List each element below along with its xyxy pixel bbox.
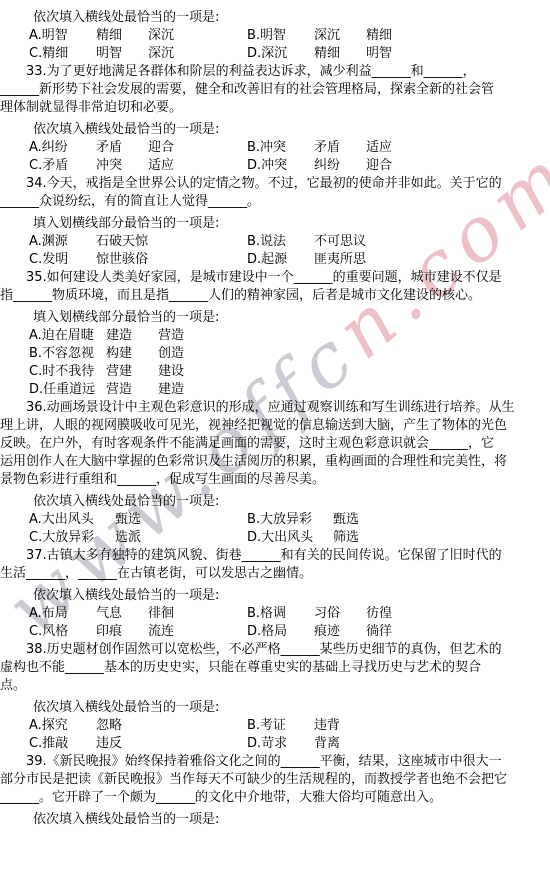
document-body: 依次填入横线处最恰当的一项是: A.明智精细深沉B.明智深沉精细 C.精细明智深… bbox=[0, 0, 550, 829]
question-36-line: 运用创作人在大脑中掌握的色彩常识及生活阅历的积累，重构画面的合理性和完美性，将 bbox=[0, 453, 550, 471]
option-token: 营造 bbox=[106, 381, 158, 399]
q34-options-row-ab: A.渊源石破天惊B.说法不可思议 bbox=[0, 233, 550, 251]
option-item-c: C.风格印痕流连 bbox=[29, 623, 247, 641]
option-token: C.发明 bbox=[29, 251, 96, 269]
option-item-d: D.格局痕迹徜徉 bbox=[247, 624, 392, 639]
option-item-d: D.苛求背离 bbox=[247, 736, 340, 751]
q37-options-row-cd: C.风格印痕流连D.格局痕迹徜徉 bbox=[0, 623, 550, 641]
option-token: D.任重道远 bbox=[29, 381, 106, 399]
question-39-line: ______。它开辟了一个颇为______的文化中介地带，大雅大俗均可随意出入。 bbox=[0, 789, 550, 807]
question-38-line: 38.历史题材创作固然可以宽松些，不必严格______某些历史细节的真伪，但艺术… bbox=[0, 641, 550, 659]
option-item-c: C.发明惊世骇俗 bbox=[29, 251, 247, 269]
option-token: 印痕 bbox=[96, 623, 148, 641]
answer-prompt: 依次填入横线处最恰当的一项是: bbox=[0, 699, 550, 717]
option-token: A.纠纷 bbox=[29, 139, 96, 157]
question-39-line: 39.《新民晚报》始终保持着雅俗文化之间的______平衡，结果，这座城市中很大… bbox=[0, 753, 550, 771]
option-token: A.渊源 bbox=[29, 233, 96, 251]
option-token: B.格调 bbox=[247, 605, 314, 623]
q36-options-row-cd: C.大放异彩选派D.大出风头筛选 bbox=[0, 529, 550, 547]
option-token: 匪夷所思 bbox=[314, 251, 366, 269]
option-token: 忽略 bbox=[96, 717, 122, 735]
option-token: 流连 bbox=[148, 623, 174, 641]
option-item-a: A.探究忽略 bbox=[29, 717, 247, 735]
option-token: 甄选 bbox=[115, 511, 141, 529]
answer-prompt: 填入划横线部分最恰当的一项是: bbox=[0, 309, 550, 327]
option-item-d: D.深沉精细明智 bbox=[247, 46, 392, 61]
option-item-b: B.考证违背 bbox=[247, 718, 340, 733]
option-item-b: B.格调习俗彷徨 bbox=[247, 606, 392, 621]
q32-options-row-ab: A.明智精细深沉B.明智深沉精细 bbox=[0, 27, 550, 45]
option-token: 建造 bbox=[158, 381, 184, 399]
option-token: B.考证 bbox=[247, 717, 314, 735]
question-34-line: 34.今天，戒指是全世界公认的定情之物。不过，它最初的使命并非如此。关于它的 bbox=[0, 175, 550, 193]
option-item-d: D.大出风头筛选 bbox=[247, 530, 359, 545]
q35-option-a: A.迫在眉睫建造营造 bbox=[0, 327, 550, 345]
option-token: D.苛求 bbox=[247, 735, 314, 753]
option-token: 深沉 bbox=[148, 45, 174, 63]
option-token: 营造 bbox=[158, 327, 184, 345]
option-token: B.说法 bbox=[247, 233, 314, 251]
option-token: A.迫在眉睫 bbox=[29, 327, 106, 345]
option-token: C.矛盾 bbox=[29, 157, 96, 175]
option-token: 冲突 bbox=[96, 157, 148, 175]
option-token: 创造 bbox=[158, 345, 184, 363]
option-token: 建造 bbox=[106, 327, 158, 345]
option-token: 选派 bbox=[115, 529, 141, 547]
answer-prompt: 依次填入横线处最恰当的一项是: bbox=[0, 121, 550, 139]
option-token: 痕迹 bbox=[314, 623, 366, 641]
option-token: 精细 bbox=[314, 45, 366, 63]
question-36-line: 景物色彩进行重组和______，促成写生画面的尽善尽美。 bbox=[0, 471, 550, 489]
option-token: C.精细 bbox=[29, 45, 96, 63]
option-token: 深沉 bbox=[314, 27, 366, 45]
question-33-line: ______新形势下社会发展的需要，健全和改善旧有的社会管理格局，探索全新的社会… bbox=[0, 81, 550, 99]
option-token: 彷徨 bbox=[366, 605, 392, 623]
option-token: 适应 bbox=[366, 139, 392, 157]
answer-prompt: 填入划横线部分最恰当的一项是: bbox=[0, 215, 550, 233]
option-token: C.风格 bbox=[29, 623, 96, 641]
option-item-c: C.精细明智深沉 bbox=[29, 45, 247, 63]
option-token: A.布局 bbox=[29, 605, 96, 623]
option-item-a: A.渊源石破天惊 bbox=[29, 233, 247, 251]
q33-options-row-cd: C.矛盾冲突适应D.冲突纠纷迎合 bbox=[0, 157, 550, 175]
question-33-line: 理体制就显得非常迫切和必要。 bbox=[0, 99, 550, 117]
option-token: A.大出风头 bbox=[29, 511, 115, 529]
q32-options-row-cd: C.精细明智深沉D.深沉精细明智 bbox=[0, 45, 550, 63]
option-token: A.探究 bbox=[29, 717, 96, 735]
option-token: D.大出风头 bbox=[247, 529, 333, 547]
option-token: 习俗 bbox=[314, 605, 366, 623]
question-35-line: 35.如何建设人类美好家园，是城市建设中一个______的重要问题，城市建设不仅… bbox=[0, 269, 550, 287]
option-item-d: D.起源匪夷所思 bbox=[247, 252, 366, 267]
option-token: 不可思议 bbox=[314, 233, 366, 251]
question-36-line: 理上讲，人眼的视网膜吸收可见光，视神经把视觉的信息输送到大脑，产生了物体的光色 bbox=[0, 417, 550, 435]
q35-option-c: C.时不我待营建建设 bbox=[0, 363, 550, 381]
option-token: 精细 bbox=[366, 27, 392, 45]
q35-option-d: D.任重道远营造建造 bbox=[0, 381, 550, 399]
option-item-b: B.大放异彩甄选 bbox=[247, 512, 359, 527]
q38-options-row-ab: A.探究忽略B.考证违背 bbox=[0, 717, 550, 735]
answer-prompt: 依次填入横线处最恰当的一项是: bbox=[0, 493, 550, 511]
option-token: 筛选 bbox=[333, 529, 359, 547]
option-token: B.冲突 bbox=[247, 139, 314, 157]
question-34-line: ______众说纷纭，有的简直让人觉得______。 bbox=[0, 193, 550, 211]
question-38-line: 点。 bbox=[0, 677, 550, 695]
q37-options-row-ab: A.布局气息徘徊B.格调习俗彷徨 bbox=[0, 605, 550, 623]
answer-prompt: 依次填入横线处最恰当的一项是: bbox=[0, 9, 550, 27]
option-item-a: A.大出风头甄选 bbox=[29, 511, 247, 529]
option-token: C.时不我待 bbox=[29, 363, 106, 381]
option-token: 建设 bbox=[158, 363, 184, 381]
option-item-c: C.大放异彩选派 bbox=[29, 529, 247, 547]
option-token: 迎合 bbox=[366, 157, 392, 175]
option-token: 甄选 bbox=[333, 511, 359, 529]
option-token: 纠纷 bbox=[314, 157, 366, 175]
question-37-line: 生活______，______在古镇老街，可以发思古之幽情。 bbox=[0, 565, 550, 583]
q38-options-row-cd: C.推敲违反D.苛求背离 bbox=[0, 735, 550, 753]
q33-options-row-ab: A.纠纷矛盾迎合B.冲突矛盾适应 bbox=[0, 139, 550, 157]
q36-options-row-ab: A.大出风头甄选B.大放异彩甄选 bbox=[0, 511, 550, 529]
option-token: 违反 bbox=[96, 735, 122, 753]
question-37-line: 37.古镇大多有独特的建筑风貌、街巷______和有关的民间传说。它保留了旧时代… bbox=[0, 547, 550, 565]
option-item-c: C.推敲违反 bbox=[29, 735, 247, 753]
option-token: 背离 bbox=[314, 735, 340, 753]
option-token: B.明智 bbox=[247, 27, 314, 45]
answer-prompt: 依次填入横线处最恰当的一项是: bbox=[0, 587, 550, 605]
exam-document-page: www.offcn.com 依次填入横线处最恰当的一项是: A.明智精细深沉B.… bbox=[0, 0, 550, 877]
option-token: B.大放异彩 bbox=[247, 511, 333, 529]
option-token: D.格局 bbox=[247, 623, 314, 641]
question-35-line: 指______物质环境，而且是指______人们的精神家园，后者是城市文化建设的… bbox=[0, 287, 550, 305]
option-token: 石破天惊 bbox=[96, 233, 148, 251]
option-item-b: B.冲突矛盾适应 bbox=[247, 140, 392, 155]
option-item-d: D.冲突纠纷迎合 bbox=[247, 158, 392, 173]
option-item-b: B.明智深沉精细 bbox=[247, 28, 392, 43]
option-item-c: C.矛盾冲突适应 bbox=[29, 157, 247, 175]
option-token: 深沉 bbox=[148, 27, 174, 45]
option-token: 适应 bbox=[148, 157, 174, 175]
option-token: 矛盾 bbox=[314, 139, 366, 157]
question-33-line: 33.为了更好地满足各群体和阶层的利益表达诉求，减少利益______和_____… bbox=[0, 63, 550, 81]
option-token: C.推敲 bbox=[29, 735, 96, 753]
option-item-a: A.布局气息徘徊 bbox=[29, 605, 247, 623]
option-token: 明智 bbox=[96, 45, 148, 63]
question-38-line: 虚构也不能______基本的历史史实，只能在尊重史实的基础上寻找历史与艺术的契合 bbox=[0, 659, 550, 677]
answer-prompt: 依次填入横线处最恰当的一项是: bbox=[0, 811, 550, 829]
question-36-line: 反映。在户外，有时客观条件不能满足画面的需要，这时主观色彩意识就会______，… bbox=[0, 435, 550, 453]
option-item-a: A.纠纷矛盾迎合 bbox=[29, 139, 247, 157]
option-token: 矛盾 bbox=[96, 139, 148, 157]
option-token: 迎合 bbox=[148, 139, 174, 157]
question-36-line: 36.动画场景设计中主观色彩意识的形成，应通过观察训练和写生训练进行培养。从生 bbox=[0, 399, 550, 417]
q35-option-b: B.不容忽视构建创造 bbox=[0, 345, 550, 363]
option-token: 精细 bbox=[96, 27, 148, 45]
question-39-line: 部分市民是把读《新民晚报》当作每天不可缺少的生活规程的，而教授学者也绝不会把它 bbox=[0, 771, 550, 789]
option-token: B.不容忽视 bbox=[29, 345, 106, 363]
option-token: D.冲突 bbox=[247, 157, 314, 175]
option-token: 气息 bbox=[96, 605, 148, 623]
option-token: 惊世骇俗 bbox=[96, 251, 148, 269]
option-item-b: B.说法不可思议 bbox=[247, 234, 366, 249]
option-token: 违背 bbox=[314, 717, 340, 735]
option-token: D.深沉 bbox=[247, 45, 314, 63]
option-token: 明智 bbox=[366, 45, 392, 63]
option-token: D.起源 bbox=[247, 251, 314, 269]
option-token: 徘徊 bbox=[148, 605, 174, 623]
option-token: A.明智 bbox=[29, 27, 96, 45]
option-token: 构建 bbox=[106, 345, 158, 363]
option-token: C.大放异彩 bbox=[29, 529, 115, 547]
option-token: 徜徉 bbox=[366, 623, 392, 641]
option-token: 营建 bbox=[106, 363, 158, 381]
q34-options-row-cd: C.发明惊世骇俗D.起源匪夷所思 bbox=[0, 251, 550, 269]
option-item-a: A.明智精细深沉 bbox=[29, 27, 247, 45]
